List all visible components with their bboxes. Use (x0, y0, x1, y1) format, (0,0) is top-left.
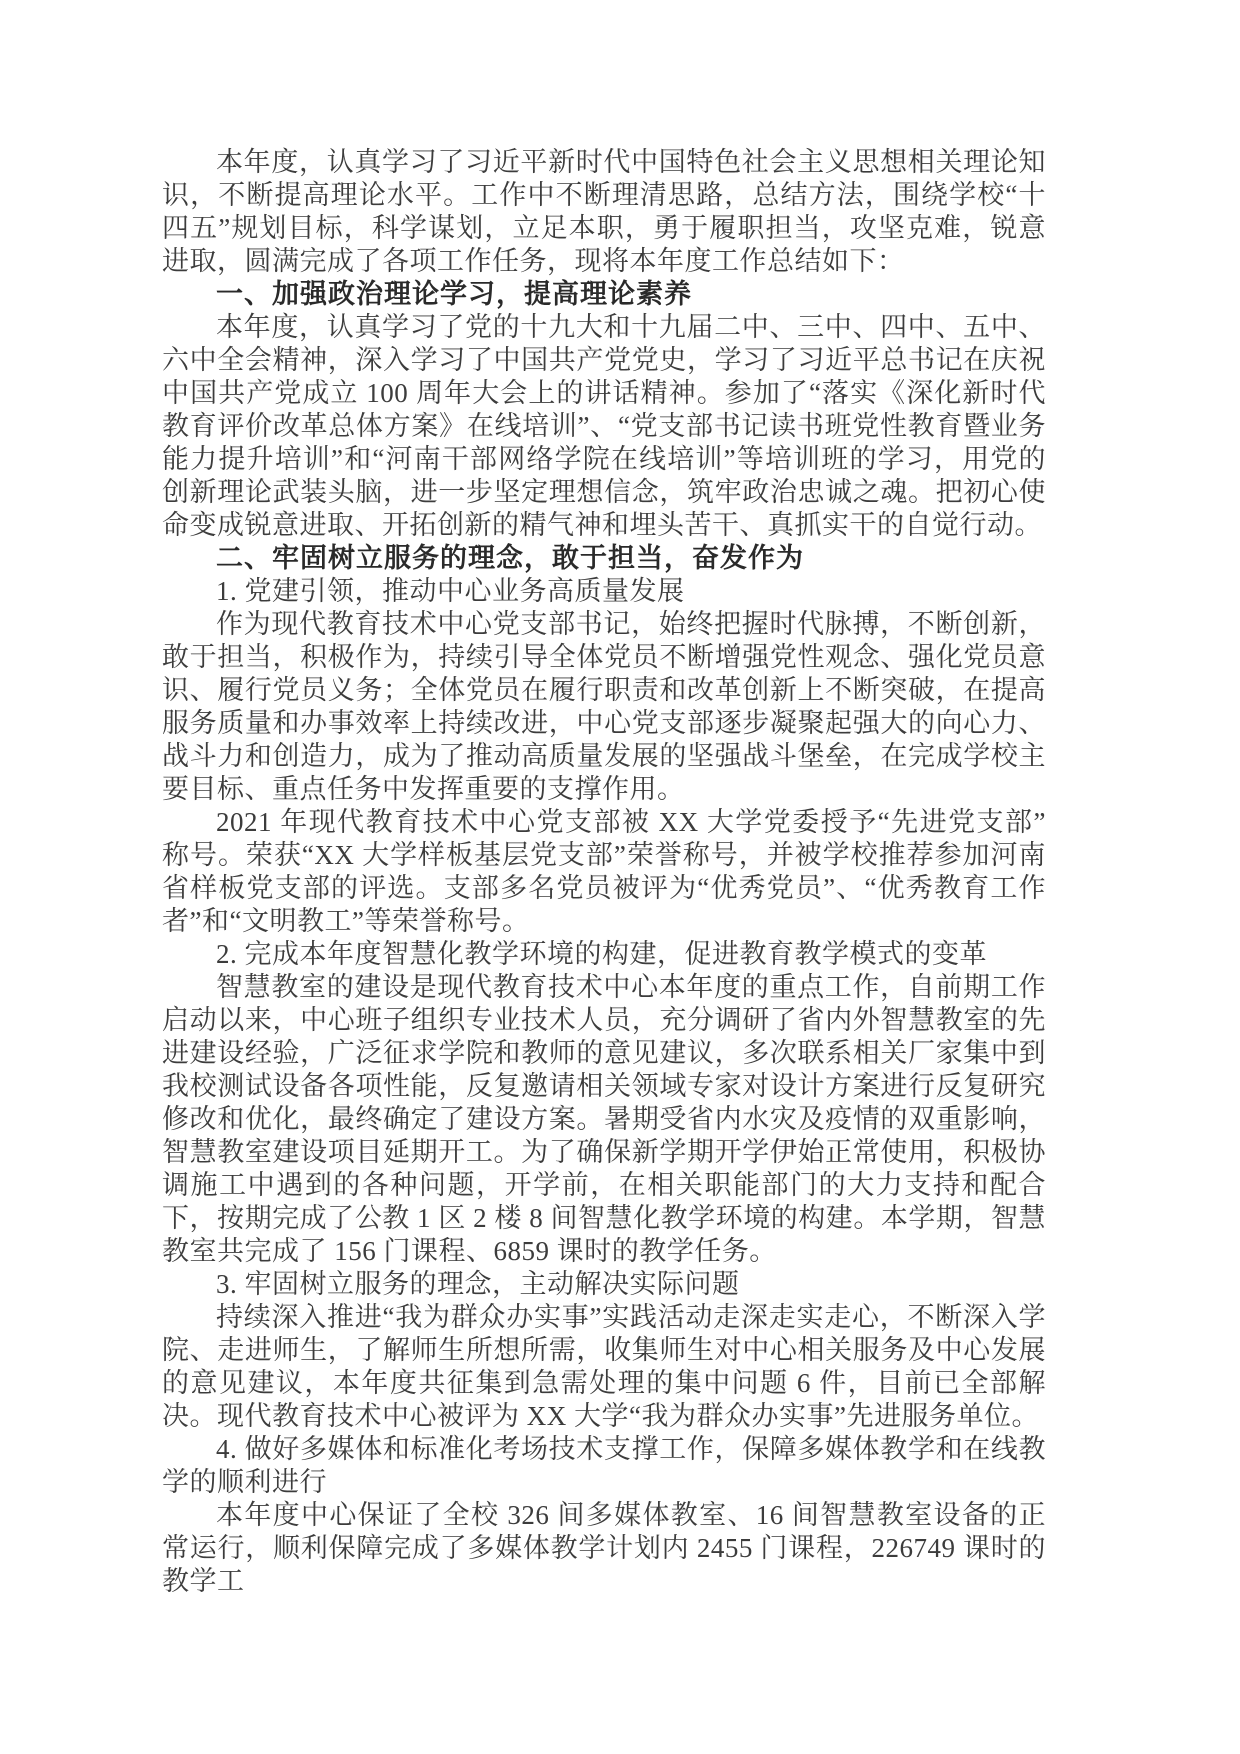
section-heading: 一、加强政治理论学习，提高理论素养 (162, 278, 1046, 311)
body-paragraph: 2021 年现代教育技术中心党支部被 XX 大学党委授予“先进党支部”称号。荣获… (162, 806, 1046, 938)
body-paragraph: 作为现代教育技术中心党支部书记，始终把握时代脉搏，不断创新，敢于担当，积极作为，… (162, 608, 1046, 806)
body-paragraph: 持续深入推进“我为群众办实事”实践活动走深走实走心，不断深入学院、走进师生，了解… (162, 1301, 1046, 1433)
body-paragraph: 本年度中心保证了全校 326 间多媒体教室、16 间智慧教室设备的正常运行，顺利… (162, 1499, 1046, 1598)
document-page: 本年度，认真学习了习近平新时代中国特色社会主义思想相关理论知识，不断提高理论水平… (0, 0, 1240, 1754)
document-body: 本年度，认真学习了习近平新时代中国特色社会主义思想相关理论知识，不断提高理论水平… (162, 146, 1046, 1598)
body-paragraph: 本年度，认真学习了习近平新时代中国特色社会主义思想相关理论知识，不断提高理论水平… (162, 146, 1046, 278)
sub-heading: 3. 牢固树立服务的理念，主动解决实际问题 (162, 1268, 1046, 1301)
body-paragraph: 本年度，认真学习了党的十九大和十九届二中、三中、四中、五中、六中全会精神，深入学… (162, 311, 1046, 542)
sub-heading: 4. 做好多媒体和标准化考场技术支撑工作，保障多媒体教学和在线教学的顺利进行 (162, 1433, 1046, 1499)
body-paragraph: 智慧教室的建设是现代教育技术中心本年度的重点工作，自前期工作启动以来，中心班子组… (162, 971, 1046, 1268)
document-page-background: { "page": { "background_color": "#ffffff… (0, 0, 1240, 1754)
sub-heading: 1. 党建引领，推动中心业务高质量发展 (162, 575, 1046, 608)
sub-heading: 2. 完成本年度智慧化教学环境的构建，促进教育教学模式的变革 (162, 938, 1046, 971)
section-heading: 二、牢固树立服务的理念，敢于担当，奋发作为 (162, 542, 1046, 575)
